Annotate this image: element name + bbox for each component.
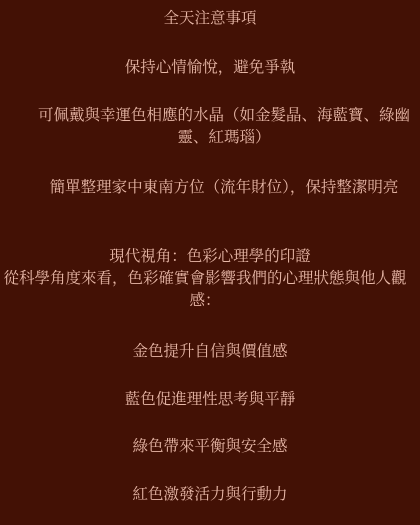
effect-gold: 金色提升自信與價值感 xyxy=(0,341,420,361)
effect-red: 紅色激發活力與行動力 xyxy=(0,484,420,504)
notes-title: 全天注意事項 xyxy=(0,8,420,28)
modern-intro: 從科學角度來看，色彩確實會影響我們的心理狀態與他人觀感： xyxy=(0,267,410,311)
fortune-notes-page: 全天注意事項 保持心情愉悅，避免爭執 可佩戴與幸運色相應的水晶（如金髮晶、海藍寶… xyxy=(0,0,420,525)
note-item-southeast: 簡單整理家中東南方位（流年財位），保持整潔明亮 xyxy=(38,176,410,198)
effect-blue: 藍色促進理性思考與平靜 xyxy=(0,389,420,409)
note-item-mood: 保持心情愉悅，避免爭執 xyxy=(0,57,420,77)
effect-green: 綠色帶來平衡與安全感 xyxy=(0,436,420,456)
modern-heading: 現代視角：色彩心理學的印證 xyxy=(0,246,420,266)
note-item-crystal: 可佩戴與幸運色相應的水晶（如金髮晶、海藍寶、綠幽靈、紅瑪瑙） xyxy=(38,104,410,148)
